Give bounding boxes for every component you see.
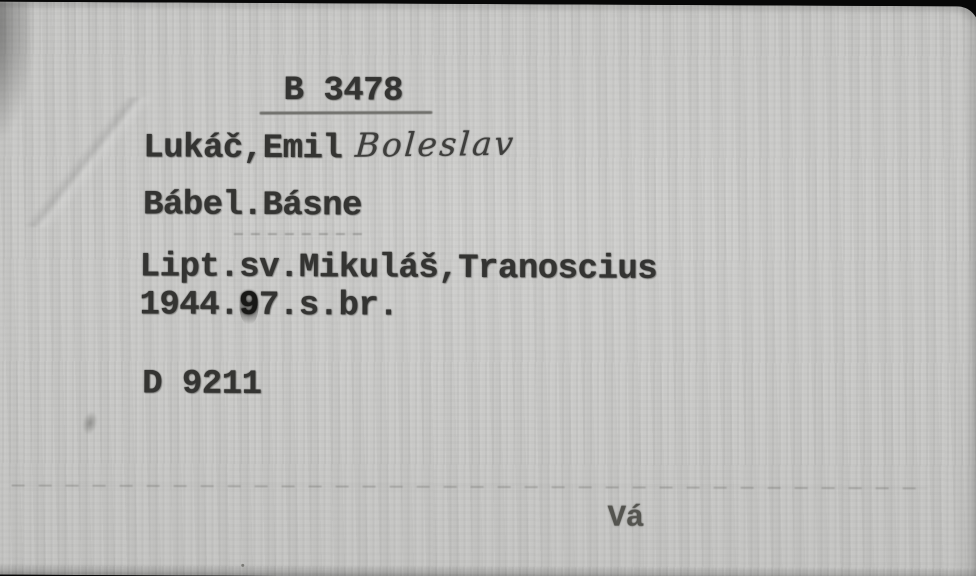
horizontal-crease-line: [12, 484, 928, 489]
cataloguer-initials: Vá: [607, 503, 643, 534]
dust-speck: [241, 564, 244, 567]
paper-crease-diagonal: [9, 97, 160, 228]
catalog-card: B 3478 Lukáč,EmilBoleslav Bábel.Básne Li…: [0, 2, 976, 576]
author-line: Lukáč,EmilBoleslav: [143, 128, 515, 167]
imprint-year: 1944.: [139, 286, 239, 324]
imprint-collation-line: 1944.97.s.br.: [139, 288, 398, 323]
accession-number: D 9211: [142, 367, 262, 402]
imprint-place-publisher: Lipt.sv.Mikuláš,Tranoscius: [140, 250, 658, 287]
call-number: B 3478: [283, 74, 403, 109]
overstruck-digit: 9: [239, 287, 259, 325]
title-faint-underline: [234, 233, 362, 235]
imprint-rest: 7.s.br.: [259, 287, 399, 326]
faint-pencil-mark: [79, 409, 101, 438]
call-number-underline: [259, 111, 432, 115]
author-handwritten-annotation: Boleslav: [354, 127, 517, 162]
title-line: Bábel.Básne: [143, 188, 362, 223]
author-typed: Lukáč,Emil: [143, 129, 342, 168]
